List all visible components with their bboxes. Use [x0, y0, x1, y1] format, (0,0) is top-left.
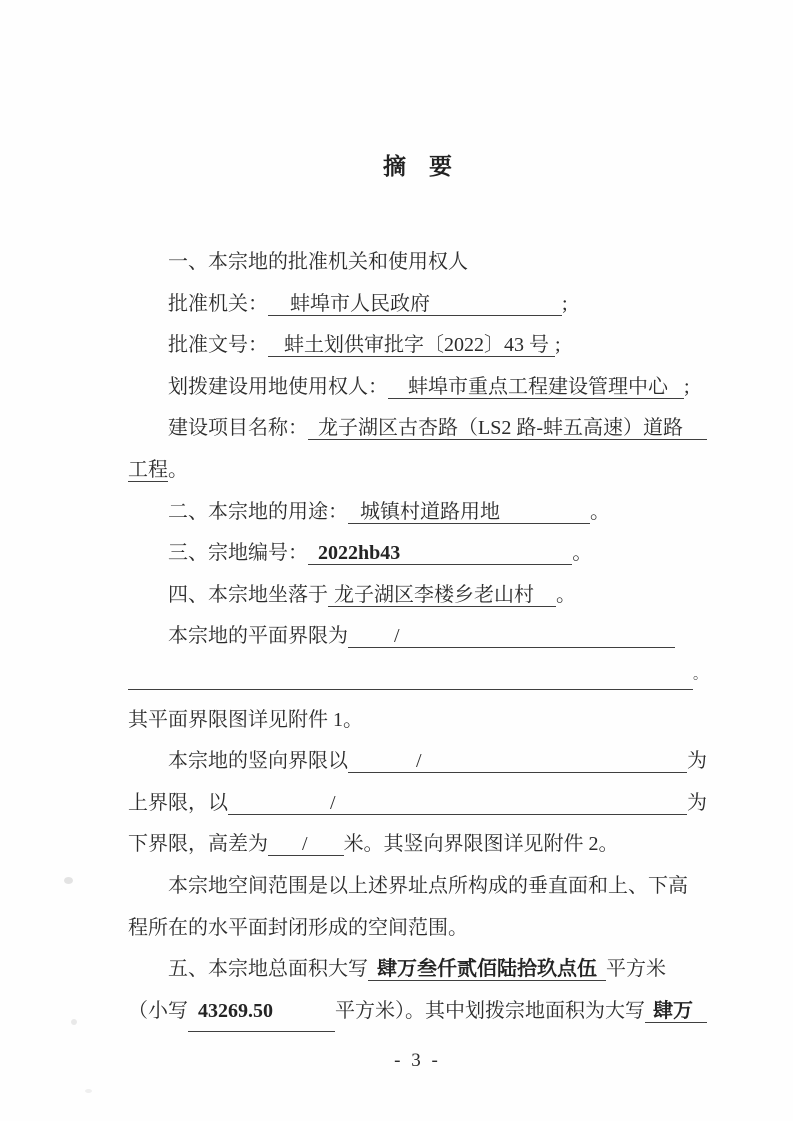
vertical-boundary-suffix-3: 米。其竖向界限图详见附件 2。: [344, 833, 619, 855]
parcel-number-line: 三、宗地编号：2022hb43。: [128, 533, 707, 575]
land-use-label: 二、本宗地的用途：: [168, 501, 348, 523]
area-numeric-value: 43269.50: [188, 991, 335, 1033]
plane-boundary-line: 本宗地的平面界限为/: [128, 616, 707, 658]
space-scope-line-1: 本宗地空间范围是以上述界址点所构成的垂直面和上、下高: [128, 866, 707, 908]
vertical-boundary-label-3: 下界限，高差为: [128, 833, 268, 855]
document-body: 摘 要 一、本宗地的批准机关和使用权人 批准机关：蚌埠市人民政府; 批准文号：蚌…: [128, 146, 707, 1032]
approval-authority-value: 蚌埠市人民政府: [268, 293, 562, 316]
area-numeric-label: （小写: [128, 991, 188, 1033]
vertical-boundary-suffix-2: 为: [687, 783, 707, 825]
page-title: 摘 要: [128, 146, 707, 188]
project-name-suffix: 。: [168, 459, 188, 481]
vertical-boundary-label-1: 本宗地的竖向界限以: [128, 741, 348, 783]
plane-boundary-label: 本宗地的平面界限为: [128, 616, 348, 658]
plane-boundary-blank-suffix: 。: [693, 655, 707, 697]
project-name-label: 建设项目名称：: [128, 408, 308, 450]
vertical-boundary-value-1: /: [348, 750, 422, 772]
location-line: 四、本宗地坐落于龙子湖区李楼乡老山村。: [128, 575, 707, 617]
vertical-boundary-label-2: 上界限，以: [128, 783, 228, 825]
total-area-unit: 平方米: [606, 958, 666, 980]
location-suffix: 。: [556, 584, 576, 606]
land-use-suffix: 。: [590, 501, 610, 523]
scan-speck: [71, 1019, 77, 1025]
allocated-area-underline: 肆万: [645, 991, 707, 1023]
approval-doc-label: 批准文号：: [168, 334, 268, 356]
location-value: 龙子湖区李楼乡老山村: [328, 584, 556, 607]
location-label: 四、本宗地坐落于: [168, 584, 328, 606]
scan-speck: [85, 1089, 92, 1093]
project-name-value-tail: 工程: [128, 459, 168, 482]
parcel-number-value: 2022hb43: [308, 542, 572, 565]
land-user-value: 蚌埠市重点工程建设管理中心: [388, 376, 684, 399]
land-user-suffix: ;: [684, 376, 690, 398]
approval-doc-suffix: ;: [555, 334, 561, 356]
total-area-chinese-value: 肆万叁仟贰佰陆拾玖点伍: [368, 958, 606, 981]
blank-underline: [128, 658, 693, 690]
approval-authority-line: 批准机关：蚌埠市人民政府;: [128, 284, 707, 326]
vertical-boundary-underline-1: /: [348, 741, 687, 773]
project-name-wrap-line: 工程。: [128, 450, 707, 492]
document-page: 摘 要 一、本宗地的批准机关和使用权人 批准机关：蚌埠市人民政府; 批准文号：蚌…: [0, 0, 793, 1121]
plane-boundary-value: /: [348, 625, 400, 647]
approval-doc-line: 批准文号：蚌土划供审批字〔2022〕43 号;: [128, 325, 707, 367]
scan-speck: [64, 877, 73, 884]
page-number: - 3 -: [128, 1050, 707, 1072]
total-area-line: 五、本宗地总面积大写肆万叁仟贰佰陆拾玖点伍平方米: [128, 949, 707, 991]
project-name-underline: 龙子湖区古杏路（LS2 路-蚌五高速）道路: [308, 408, 707, 440]
parcel-number-suffix: 。: [572, 542, 592, 564]
area-numeric-tail: 平方米）。其中划拨宗地面积为大写: [335, 991, 645, 1033]
total-area-label: 五、本宗地总面积大写: [168, 958, 368, 980]
vertical-boundary-line-1: 本宗地的竖向界限以/为: [128, 741, 707, 783]
plane-note-line: 其平面界限图详见附件 1。: [128, 700, 707, 742]
vertical-boundary-line-2: 上界限，以/为: [128, 783, 707, 825]
allocated-area-value-start: 肆万: [645, 1000, 693, 1022]
project-name-value: 龙子湖区古杏路（LS2 路-蚌五高速）道路: [308, 417, 683, 439]
approval-authority-label: 批准机关：: [168, 293, 268, 315]
height-difference-value: /: [268, 833, 344, 856]
space-scope-line-2: 程所在的水平面封闭形成的空间范围。: [128, 908, 707, 950]
plane-boundary-blank-line: 。: [128, 658, 707, 700]
approval-doc-value: 蚌土划供审批字〔2022〕43 号: [268, 334, 555, 357]
parcel-number-label: 三、宗地编号：: [168, 542, 308, 564]
approval-authority-suffix: ;: [562, 293, 568, 315]
vertical-boundary-underline-2: /: [228, 783, 687, 815]
land-use-value: 城镇村道路用地: [348, 501, 590, 524]
section-1-heading: 一、本宗地的批准机关和使用权人: [128, 242, 707, 284]
plane-boundary-underline: /: [348, 616, 675, 648]
land-user-label: 划拨建设用地使用权人：: [168, 376, 388, 398]
vertical-boundary-suffix-1: 为: [687, 741, 707, 783]
land-user-line: 划拨建设用地使用权人：蚌埠市重点工程建设管理中心;: [128, 367, 707, 409]
vertical-boundary-value-2: /: [228, 792, 336, 814]
land-use-line: 二、本宗地的用途：城镇村道路用地。: [128, 492, 707, 534]
area-numeric-line: （小写43269.50平方米）。其中划拨宗地面积为大写肆万: [128, 991, 707, 1033]
vertical-boundary-line-3: 下界限，高差为/米。其竖向界限图详见附件 2。: [128, 824, 707, 866]
project-name-line: 建设项目名称：龙子湖区古杏路（LS2 路-蚌五高速）道路: [128, 408, 707, 450]
